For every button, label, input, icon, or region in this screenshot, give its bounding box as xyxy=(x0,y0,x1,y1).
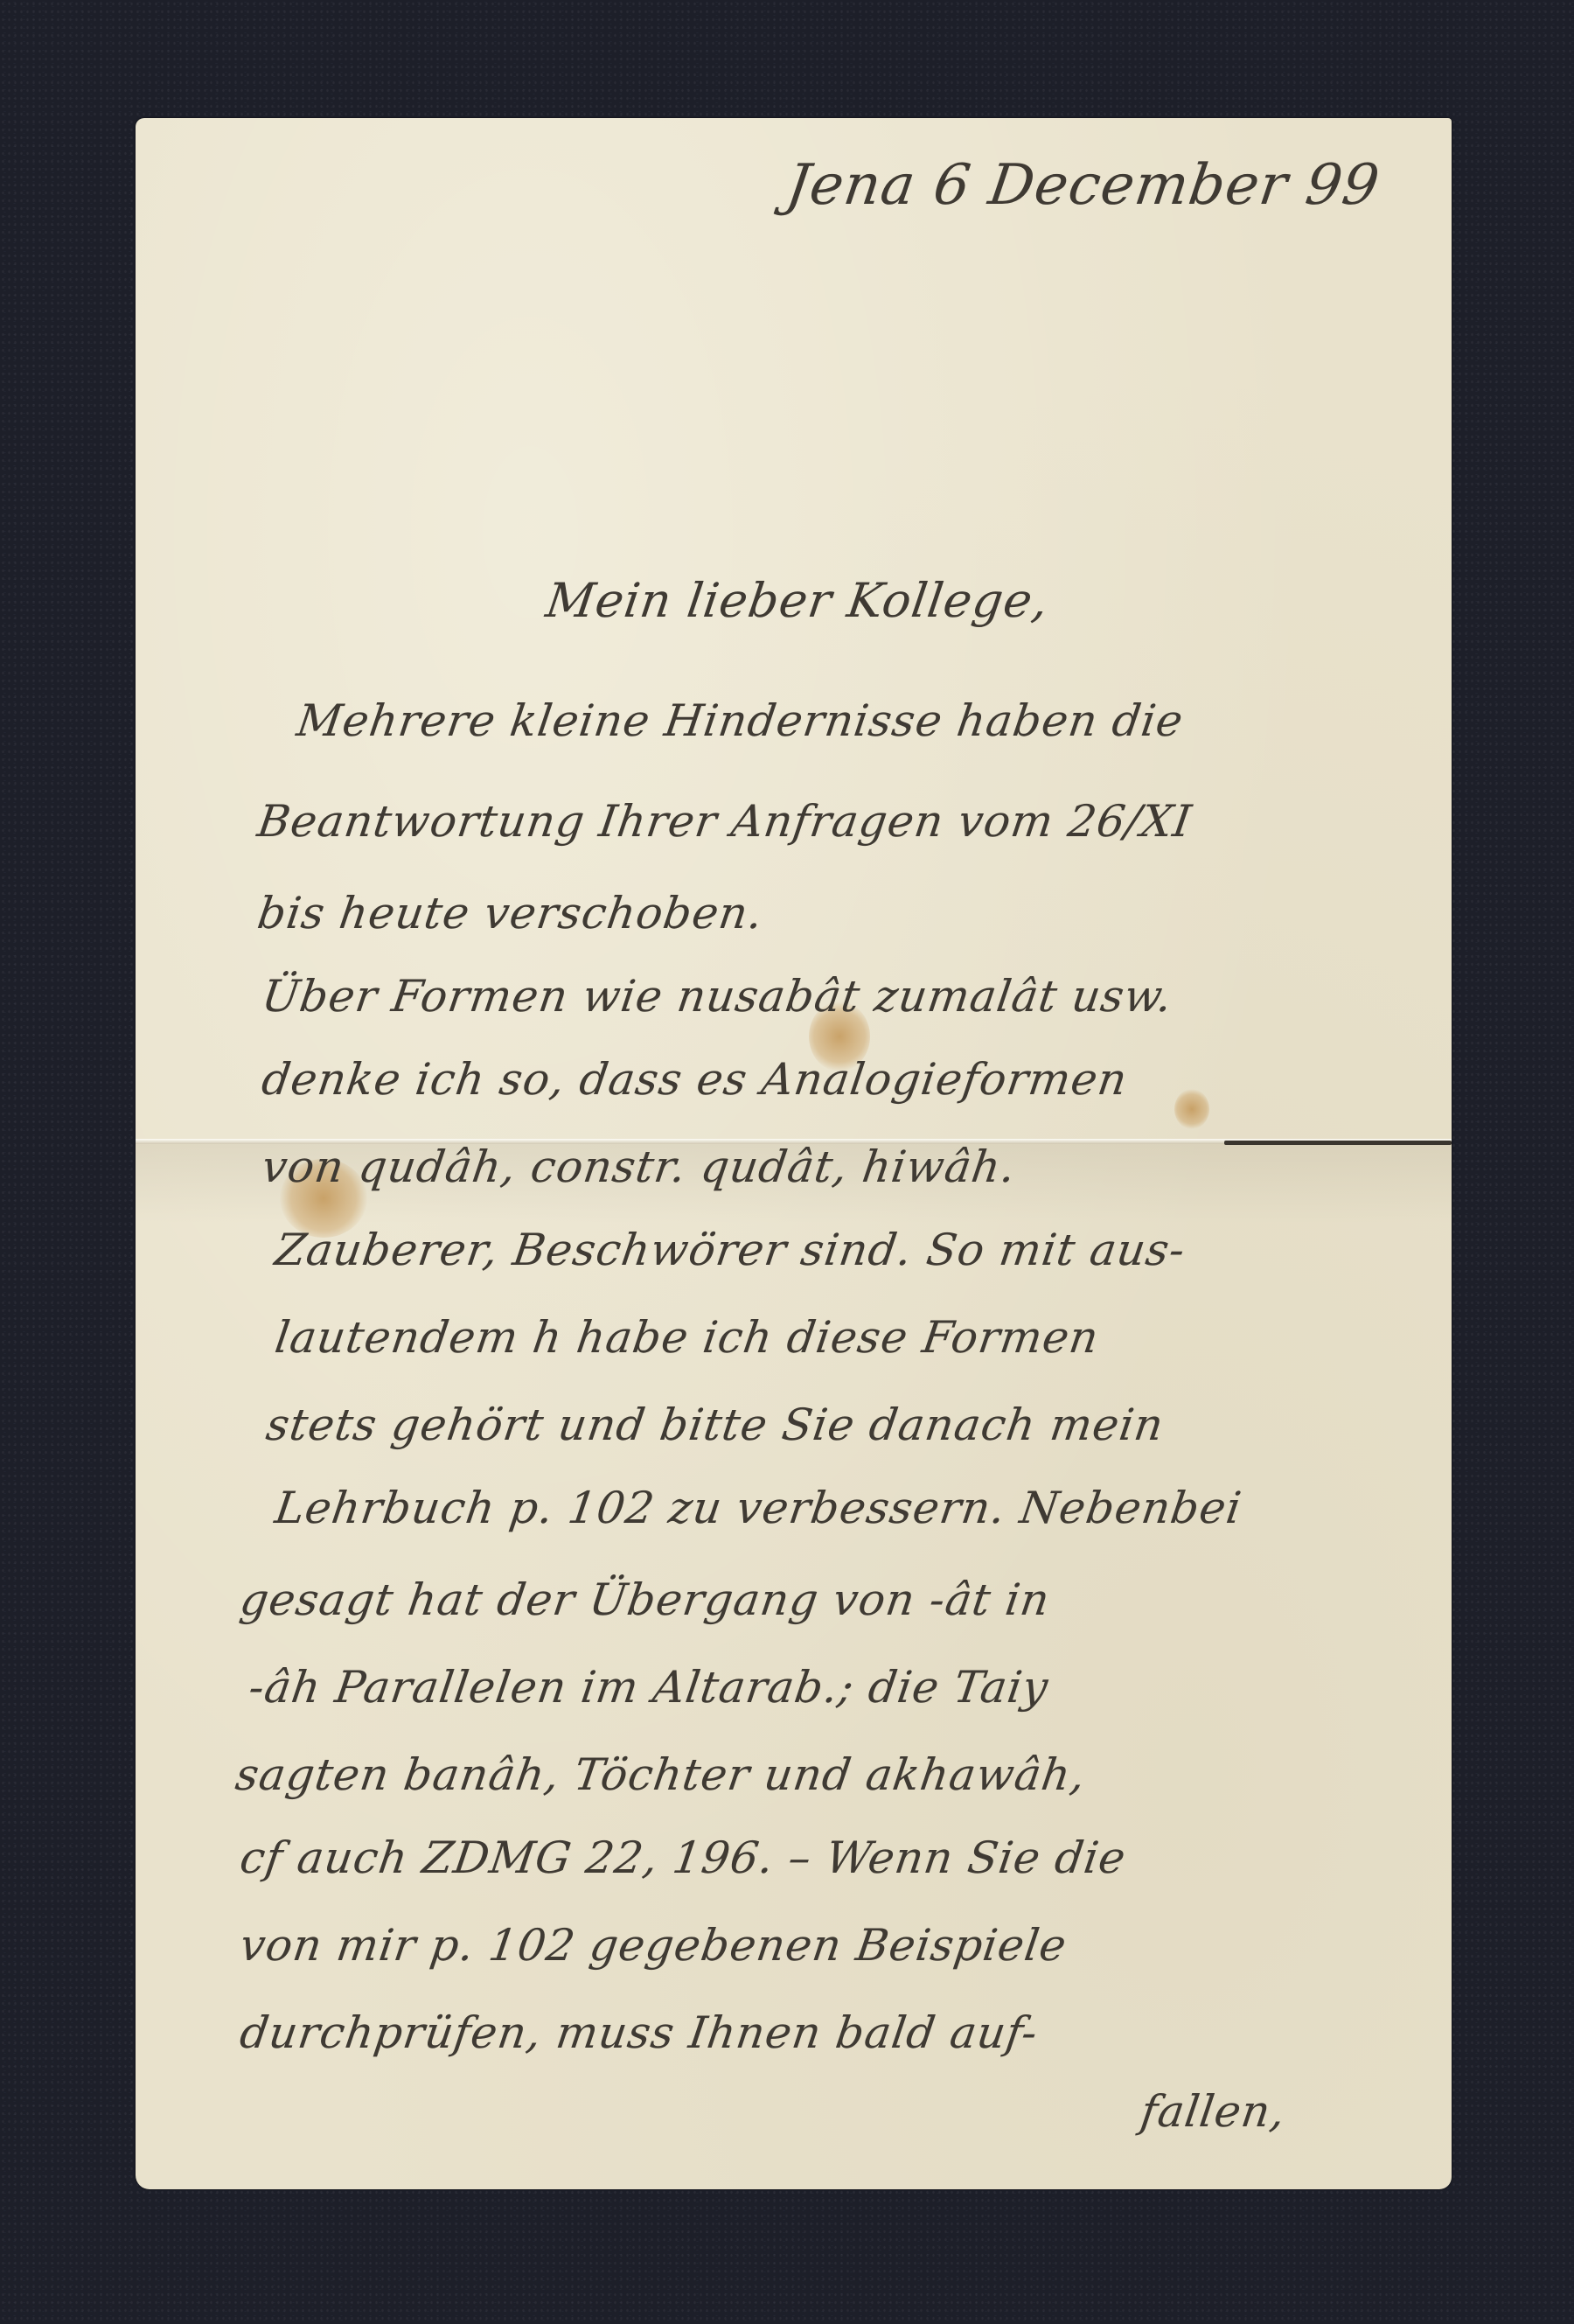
body-line: Mehrere kleine Hindernisse haben die xyxy=(294,695,1187,746)
strikethrough-mark xyxy=(1224,1141,1452,1145)
letter-salutation: Mein lieber Kollege, xyxy=(543,573,1053,628)
body-line: denke ich so, dass es Analogieformen xyxy=(259,1054,1131,1105)
body-line: -âh Parallelen im Altarab.; die Taiy xyxy=(246,1662,1052,1713)
body-line: lautendem h habe ich diese Formen xyxy=(272,1312,1103,1363)
body-line: von mir p. 102 gegebenen Beispiele xyxy=(237,1920,1070,1971)
body-line: Beantwortung Ihrer Anfragen vom 26/XI xyxy=(254,796,1195,847)
letter-page: Jena 6 December 99 Mein lieber Kollege, … xyxy=(136,118,1452,2189)
body-line: fallen, xyxy=(1138,2086,1289,2137)
body-line: von qudâh, constr. qudât, hiwâh. xyxy=(259,1141,1020,1192)
body-line: cf auch ZDMG 22, 196. – Wenn Sie die xyxy=(237,1832,1130,1883)
stain-spot xyxy=(1174,1089,1209,1129)
body-line: Lehrbuch p. 102 zu verbessern. Nebenbei xyxy=(272,1483,1245,1533)
letter-date: Jena 6 December 99 xyxy=(783,153,1384,218)
body-line: bis heute verschoben. xyxy=(254,888,767,939)
body-line: Über Formen wie nusabât zumalât usw. xyxy=(259,971,1176,1022)
body-line: durchprüfen, muss Ihnen bald auf- xyxy=(237,2007,1041,2058)
body-line: stets gehört und bitte Sie danach mein xyxy=(263,1399,1167,1450)
body-line: sagten banâh, Töchter und akhawâh, xyxy=(233,1749,1090,1800)
body-line: gesagt hat der Übergang von -ât in xyxy=(237,1574,1053,1625)
body-line: Zauberer, Beschwörer sind. So mit aus- xyxy=(272,1225,1188,1275)
